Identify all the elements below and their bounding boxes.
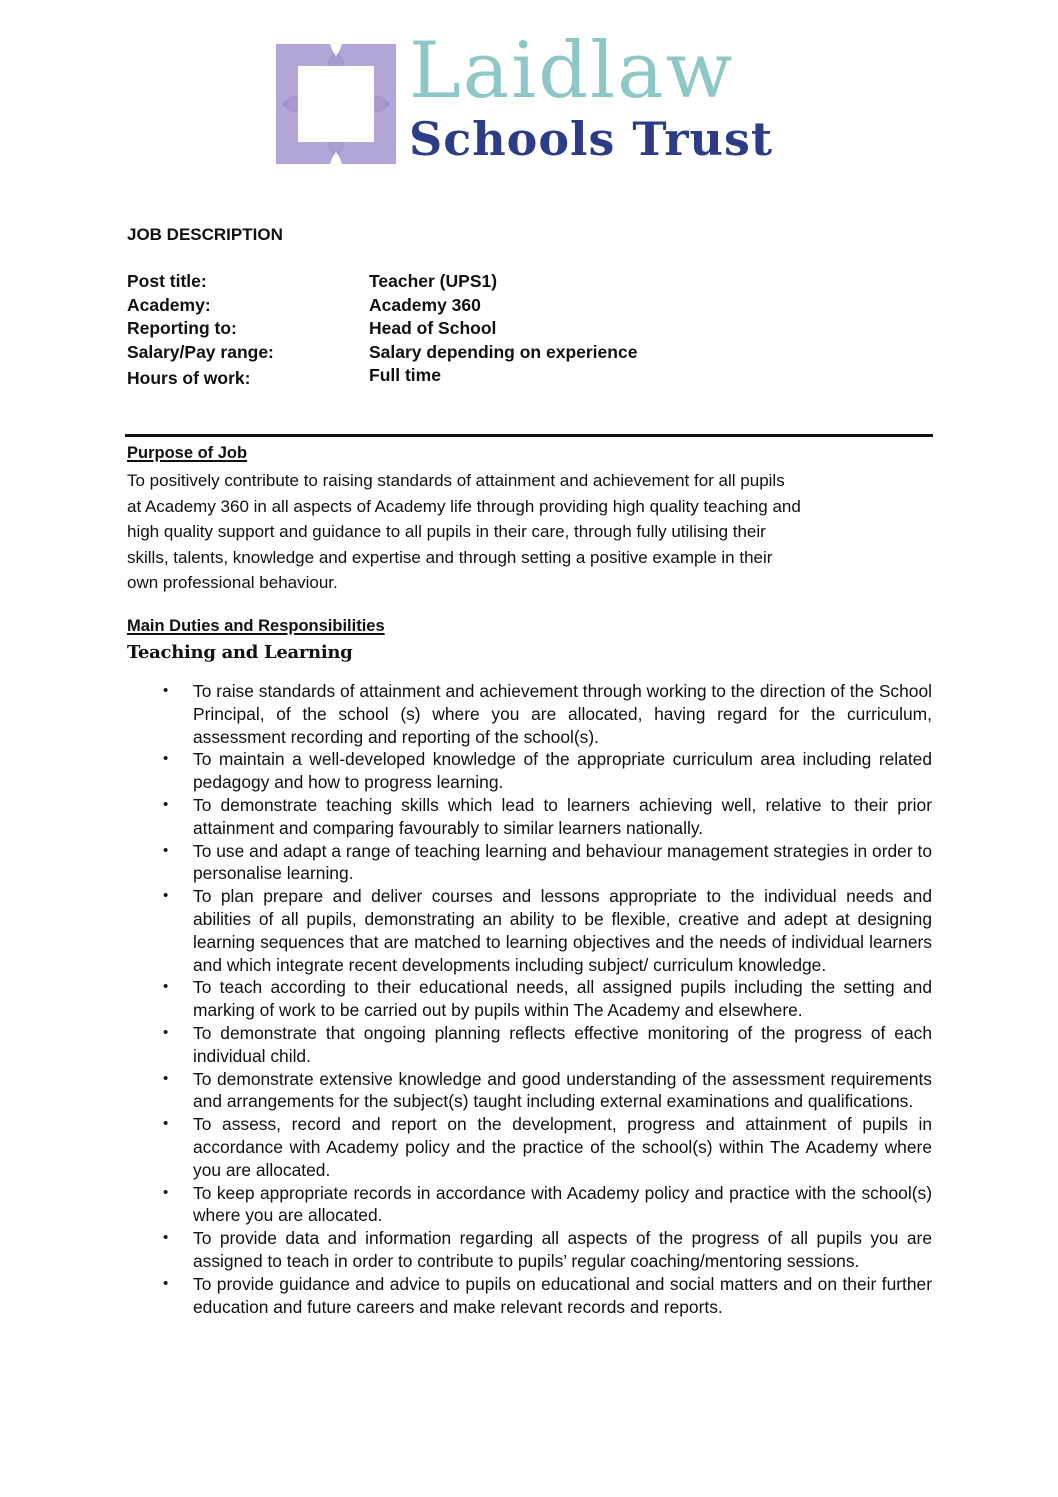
detail-label: Academy: — [127, 294, 369, 318]
duty-text: To provide data and information regardin… — [193, 1228, 932, 1271]
bullet-icon: • — [163, 840, 168, 863]
detail-value: Academy 360 — [369, 294, 481, 318]
bullet-icon: • — [163, 748, 168, 771]
duty-item: •To maintain a well-developed knowledge … — [160, 748, 932, 794]
flower-emblem-icon — [276, 44, 396, 164]
bullet-icon: • — [163, 885, 168, 908]
duty-text: To keep appropriate records in accordanc… — [193, 1183, 932, 1226]
detail-label: Post title: — [127, 270, 369, 294]
purpose-line: To positively contribute to raising stan… — [127, 468, 907, 494]
document-title: JOB DESCRIPTION — [127, 225, 283, 245]
bullet-icon: • — [163, 1182, 168, 1205]
duty-item: •To plan prepare and deliver courses and… — [160, 885, 932, 976]
duty-text: To teach according to their educational … — [193, 977, 932, 1020]
detail-value: Salary depending on experience — [369, 341, 637, 365]
duty-item: •To provide guidance and advice to pupil… — [160, 1273, 932, 1319]
bullet-icon: • — [163, 1068, 168, 1091]
detail-value: Teacher (UPS1) — [369, 270, 497, 294]
bullet-icon: • — [163, 1227, 168, 1250]
laidlaw-logo: Laidlaw Schools Trust — [276, 44, 786, 166]
detail-row-reporting-to: Reporting to: Head of School — [127, 317, 637, 341]
duty-item: •To raise standards of attainment and ac… — [160, 680, 932, 748]
purpose-heading: Purpose of Job — [127, 444, 247, 463]
duty-text: To provide guidance and advice to pupils… — [193, 1274, 932, 1317]
purpose-line: own professional behaviour. — [127, 570, 907, 596]
duty-item: •To demonstrate extensive knowledge and … — [160, 1068, 932, 1114]
duty-text: To assess, record and report on the deve… — [193, 1114, 932, 1180]
detail-value: Full time — [369, 364, 441, 388]
detail-row-post-title: Post title: Teacher (UPS1) — [127, 270, 637, 294]
purpose-paragraph: To positively contribute to raising stan… — [127, 468, 907, 596]
bullet-icon: • — [163, 1273, 168, 1296]
duty-item: •To use and adapt a range of teaching le… — [160, 840, 932, 886]
purpose-line: high quality support and guidance to all… — [127, 519, 907, 545]
detail-row-academy: Academy: Academy 360 — [127, 294, 637, 318]
detail-label: Salary/Pay range: — [127, 341, 369, 365]
detail-label: Reporting to: — [127, 317, 369, 341]
job-details: Post title: Teacher (UPS1) Academy: Acad… — [127, 270, 637, 388]
bullet-icon: • — [163, 976, 168, 999]
detail-label: Hours of work: — [127, 367, 369, 391]
duties-list: •To raise standards of attainment and ac… — [160, 680, 932, 1318]
duty-text: To raise standards of attainment and ach… — [193, 681, 932, 747]
teaching-learning-subheading: Teaching and Learning — [127, 642, 352, 663]
duty-text: To maintain a well-developed knowledge o… — [193, 749, 932, 792]
duty-text: To demonstrate teaching skills which lea… — [193, 795, 932, 838]
duty-text: To use and adapt a range of teaching lea… — [193, 841, 932, 884]
bullet-icon: • — [163, 1113, 168, 1136]
duty-item: •To demonstrate teaching skills which le… — [160, 794, 932, 840]
duty-item: •To demonstrate that ongoing planning re… — [160, 1022, 932, 1068]
detail-row-hours: Hours of work: Full time — [127, 364, 637, 388]
duties-heading: Main Duties and Responsibilities — [127, 617, 385, 636]
bullet-icon: • — [163, 1022, 168, 1045]
duty-item: •To teach according to their educational… — [160, 976, 932, 1022]
duty-text: To demonstrate that ongoing planning ref… — [193, 1023, 932, 1066]
purpose-line: skills, talents, knowledge and expertise… — [127, 545, 907, 571]
duty-item: •To keep appropriate records in accordan… — [160, 1182, 932, 1228]
logo-wordmark-line2: Schools Trust — [409, 116, 773, 162]
duty-item: •To provide data and information regardi… — [160, 1227, 932, 1273]
logo-wordmark-line1: Laidlaw — [409, 32, 734, 110]
detail-row-salary: Salary/Pay range: Salary depending on ex… — [127, 341, 637, 365]
purpose-line: at Academy 360 in all aspects of Academy… — [127, 494, 907, 520]
duty-item: •To assess, record and report on the dev… — [160, 1113, 932, 1181]
detail-value: Head of School — [369, 317, 496, 341]
duty-text: To plan prepare and deliver courses and … — [193, 886, 932, 974]
bullet-icon: • — [163, 680, 168, 703]
bullet-icon: • — [163, 794, 168, 817]
duty-text: To demonstrate extensive knowledge and g… — [193, 1069, 932, 1112]
horizontal-divider — [125, 434, 933, 437]
